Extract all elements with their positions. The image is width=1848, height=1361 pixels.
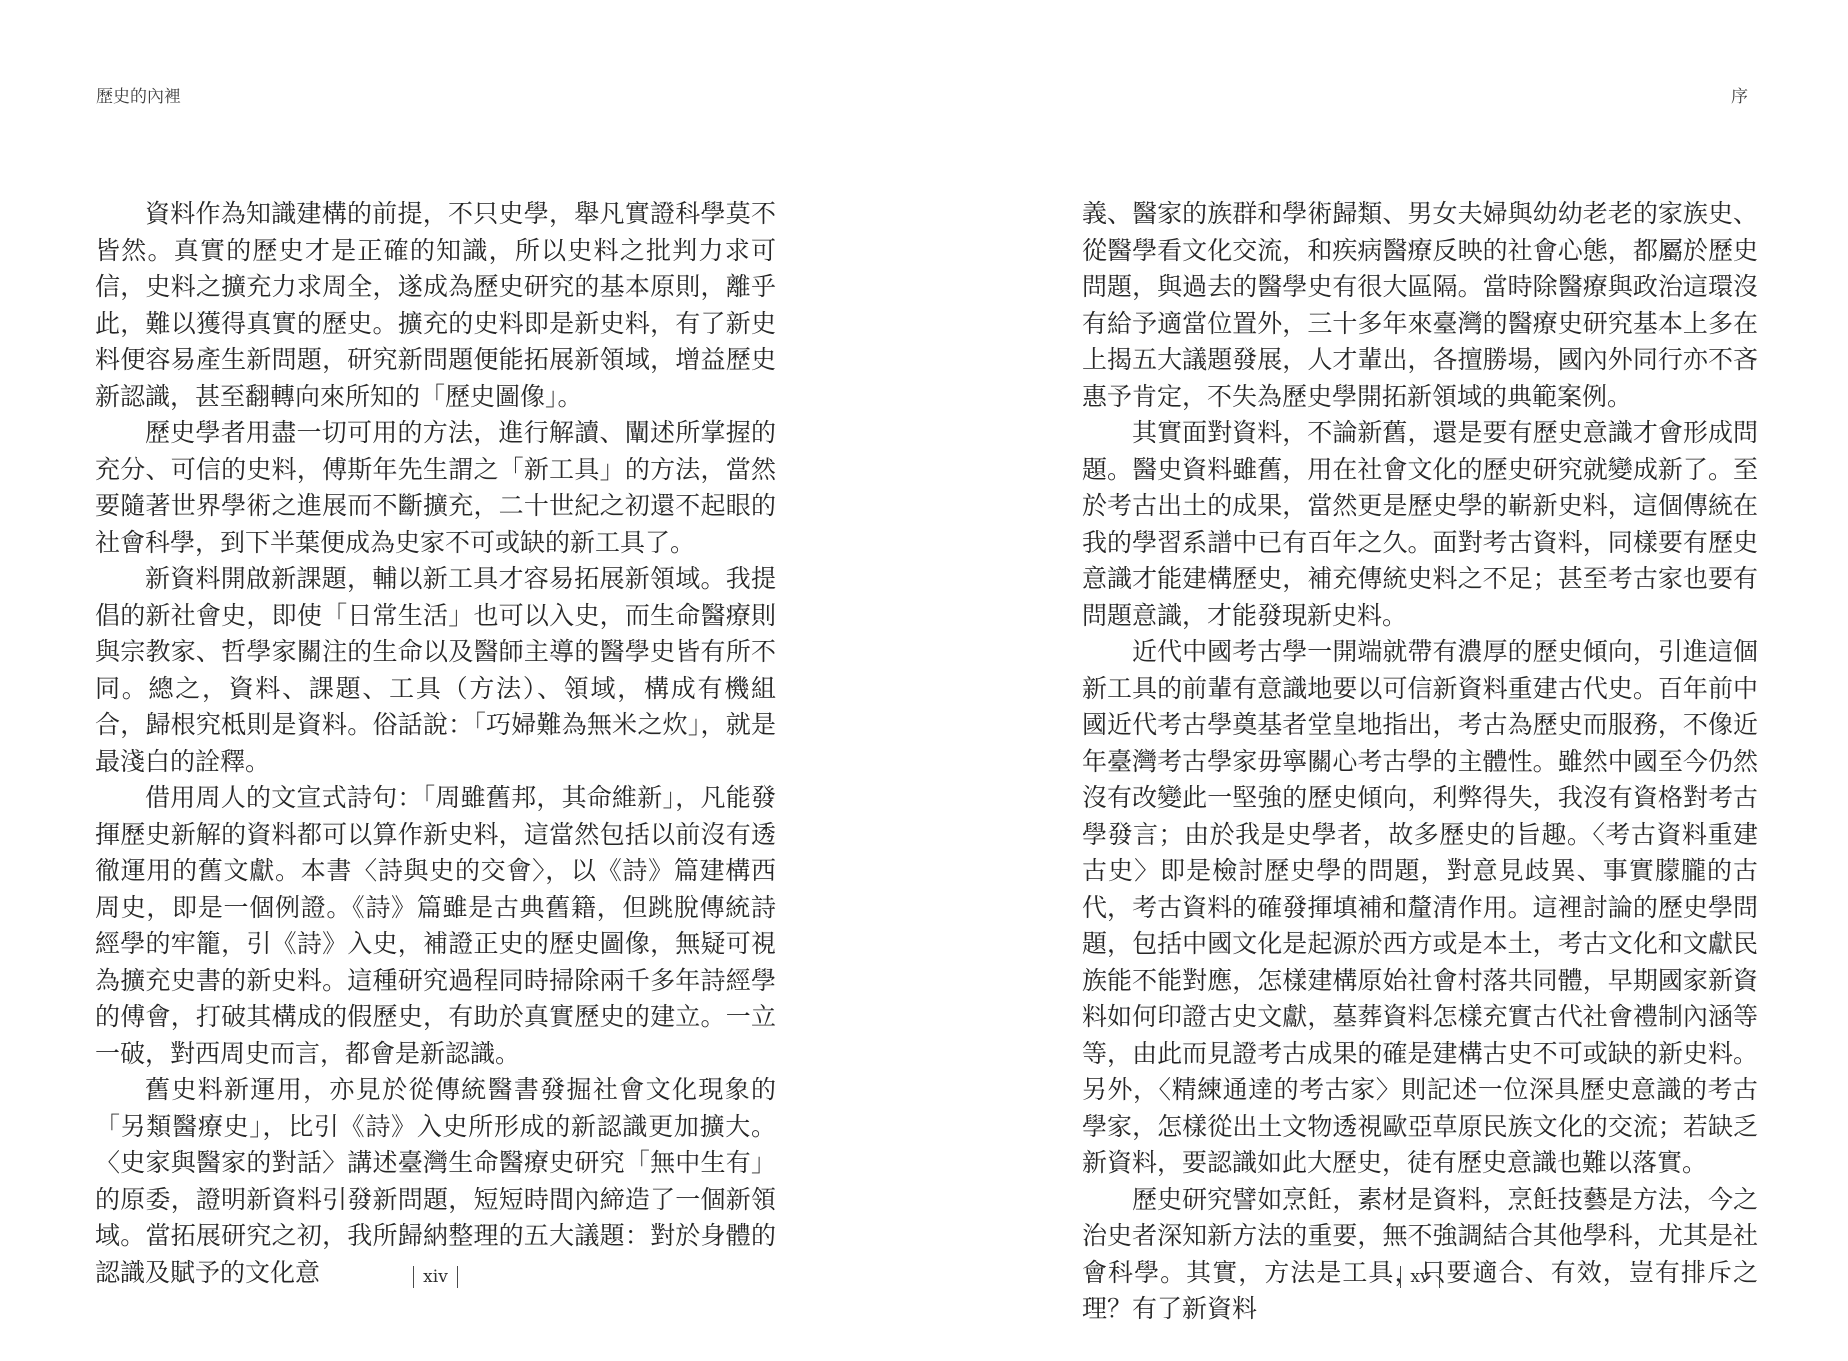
left-text-column: 資料作為知識建構的前提，不只史學，舉凡實證科學莫不皆然。真實的歷史才是正確的知識…: [95, 196, 776, 1291]
right-text-column: 義、醫家的族群和學術歸類、男女夫婦與幼幼老老的家族史、從醫學看文化交流，和疾病醫…: [1082, 196, 1758, 1328]
book-spread: 歷史的內裡 資料作為知識建構的前提，不只史學，舉凡實證科學莫不皆然。真實的歷史才…: [0, 0, 1848, 1361]
paragraph: 舊史料新運用，亦見於從傳統醫書發掘社會文化現象的「另類醫療史」，比引《詩》入史所…: [95, 1072, 776, 1291]
running-header-right: 序: [1731, 82, 1748, 107]
running-header-left: 歷史的內裡: [96, 82, 181, 107]
left-page: 歷史的內裡 資料作為知識建構的前提，不只史學，舉凡實證科學莫不皆然。真實的歷史才…: [0, 0, 924, 1361]
paragraph: 歷史研究譬如烹飪，素材是資料，烹飪技藝是方法，今之治史者深知新方法的重要，無不強…: [1082, 1182, 1758, 1328]
right-page: 序 義、醫家的族群和學術歸類、男女夫婦與幼幼老老的家族史、從醫學看文化交流，和疾…: [924, 0, 1848, 1361]
paragraph: 新資料開啟新課題，輔以新工具才容易拓展新領域。我提倡的新社會史，即使「日常生活」…: [95, 561, 776, 780]
paragraph: 近代中國考古學一開端就帶有濃厚的歷史傾向，引進這個新工具的前輩有意識地要以可信新…: [1082, 634, 1758, 1182]
paragraph: 借用周人的文宣式詩句：「周雖舊邦，其命維新」，凡能發揮歷史新解的資料都可以算作新…: [95, 780, 776, 1072]
paragraph: 其實面對資料，不論新舊，還是要有歷史意識才會形成問題。醫史資料雖舊，用在社會文化…: [1082, 415, 1758, 634]
paragraph: 義、醫家的族群和學術歸類、男女夫婦與幼幼老老的家族史、從醫學看文化交流，和疾病醫…: [1082, 196, 1758, 415]
paragraph: 資料作為知識建構的前提，不只史學，舉凡實證科學莫不皆然。真實的歷史才是正確的知識…: [95, 196, 776, 415]
left-page-footer: xiv: [95, 1266, 776, 1288]
right-page-footer: xv: [1082, 1266, 1758, 1288]
page-number-left: xiv: [413, 1266, 458, 1288]
paragraph: 歷史學者用盡一切可用的方法，進行解讀、闡述所掌握的充分、可信的史料，傅斯年先生謂…: [95, 415, 776, 561]
page-number-right: xv: [1400, 1266, 1439, 1288]
